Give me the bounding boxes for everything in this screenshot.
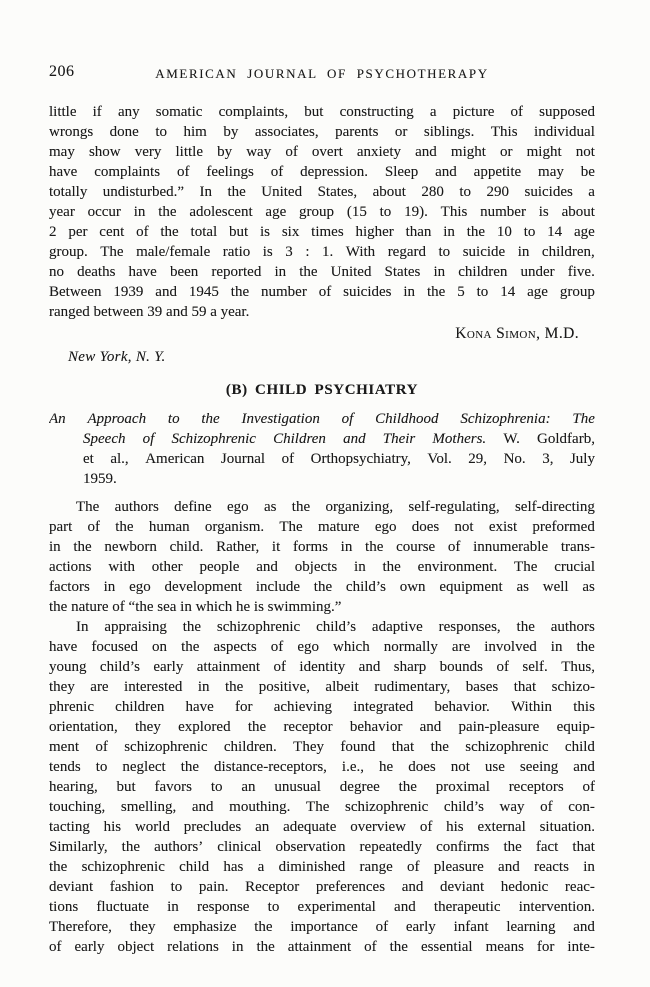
text-line: Inappraisingtheschizophrenicchild’sadapt…	[49, 617, 595, 637]
text-line: havefocusedontheaspectsofegowhichnormall…	[49, 637, 595, 657]
citation-block: AnApproachtotheInvestigationofChildhoodS…	[49, 409, 595, 489]
author-signature: Kona Simon, M.D.	[49, 324, 595, 344]
text-line: actionswithotherpeopleandobjectsintheenv…	[49, 557, 595, 577]
abstract-body: Theauthorsdefineegoastheorganizing,self-…	[49, 497, 595, 957]
text-line: Therefore,theyemphasizetheimportanceofea…	[49, 917, 595, 937]
text-line: mentofschizophrenicchildren.Theyfoundtha…	[49, 737, 595, 757]
text-line: Between1939and1945thenumberofsuicidesint…	[49, 282, 595, 302]
continuation-paragraph: littleifanysomaticcomplaints,butconstruc…	[49, 102, 595, 322]
text-line: hearing,butfavorstoanunusualdegreethepro…	[49, 777, 595, 797]
journal-title: AMERICAN JOURNAL OF PSYCHOTHERAPY	[49, 64, 595, 84]
text-line: yearoccurintheadolescentagegroup(15to19)…	[49, 202, 595, 222]
text-line: littleifanysomaticcomplaints,butconstruc…	[49, 102, 595, 122]
author-location: New York, N. Y.	[49, 347, 614, 367]
text-line: totallyundisturbed.”IntheUnitedStates,ab…	[49, 182, 595, 202]
text-line: tactinghisworldprecludesanadequateovervi…	[49, 817, 595, 837]
text-line: orientation,theyexploredthereceptorbehav…	[49, 717, 595, 737]
section-heading: (B) CHILD PSYCHIATRY	[49, 380, 595, 400]
text-line: ofearlyobjectrelationsintheattainmentoft…	[49, 937, 595, 957]
text-line: group.Themale/femaleratiois3:1.Withregar…	[49, 242, 595, 262]
text-line: partofthehumanorganism.Thematureegodoesn…	[49, 517, 595, 537]
text-line: AnApproachtotheInvestigationofChildhoodS…	[49, 409, 595, 429]
text-line: youngchild’searlyattainmentofidentityand…	[49, 657, 595, 677]
text-line: touching,smelling,andmouthing.Theschizop…	[49, 797, 595, 817]
text-line: Similarly,theauthors’clinicalobservation…	[49, 837, 595, 857]
text-line: phrenicchildrenhaveforachievingintegrate…	[49, 697, 595, 717]
text-line: theschizophrenicchildhasadiminishedrange…	[49, 857, 595, 877]
scanned-journal-page: 206 AMERICAN JOURNAL OF PSYCHOTHERAPY li…	[0, 0, 650, 987]
text-line: deviantfashiontopain.Receptorpreferences…	[49, 877, 595, 897]
text-line: tendstoneglectthedistance-receptors,i.e.…	[49, 757, 595, 777]
text-line: etal.,AmericanJournalofOrthopsychiatry,V…	[49, 449, 595, 469]
paragraph-ego-definition: Theauthorsdefineegoastheorganizing,self-…	[49, 497, 595, 617]
text-line: mayshowverylittlebywayofovertanxietyandm…	[49, 142, 595, 162]
text-line: ranged between 39 and 59 a year.	[49, 302, 595, 322]
text-line: nodeathshavebeenreportedintheUnitedState…	[49, 262, 595, 282]
text-line: 2percentofthetotalbutissixtimeshighertha…	[49, 222, 595, 242]
paragraph-appraising-responses: Inappraisingtheschizophrenicchild’sadapt…	[49, 617, 595, 957]
text-line: havecomplaintsoffeelingsofdepression.Sle…	[49, 162, 595, 182]
text-line: wrongsdonetohimbyassociates,parentsorsib…	[49, 122, 595, 142]
text-line: Theauthorsdefineegoastheorganizing,self-…	[49, 497, 595, 517]
running-head: 206 AMERICAN JOURNAL OF PSYCHOTHERAPY	[49, 62, 595, 82]
text-line: theyareinterestedinthepositive,albeitrud…	[49, 677, 595, 697]
text-line: factorsinegodevelopmentincludethechild’s…	[49, 577, 595, 597]
text-line: SpeechofSchizophrenicChildrenandTheirMot…	[49, 429, 595, 449]
text-line: tionsfluctuateinresponsetoexperimentalan…	[49, 897, 595, 917]
text-line: inthenewbornchild.Rather,itformsinthecou…	[49, 537, 595, 557]
text-line: the nature of “the sea in which he is sw…	[49, 597, 595, 617]
text-line: 1959.	[49, 469, 595, 489]
